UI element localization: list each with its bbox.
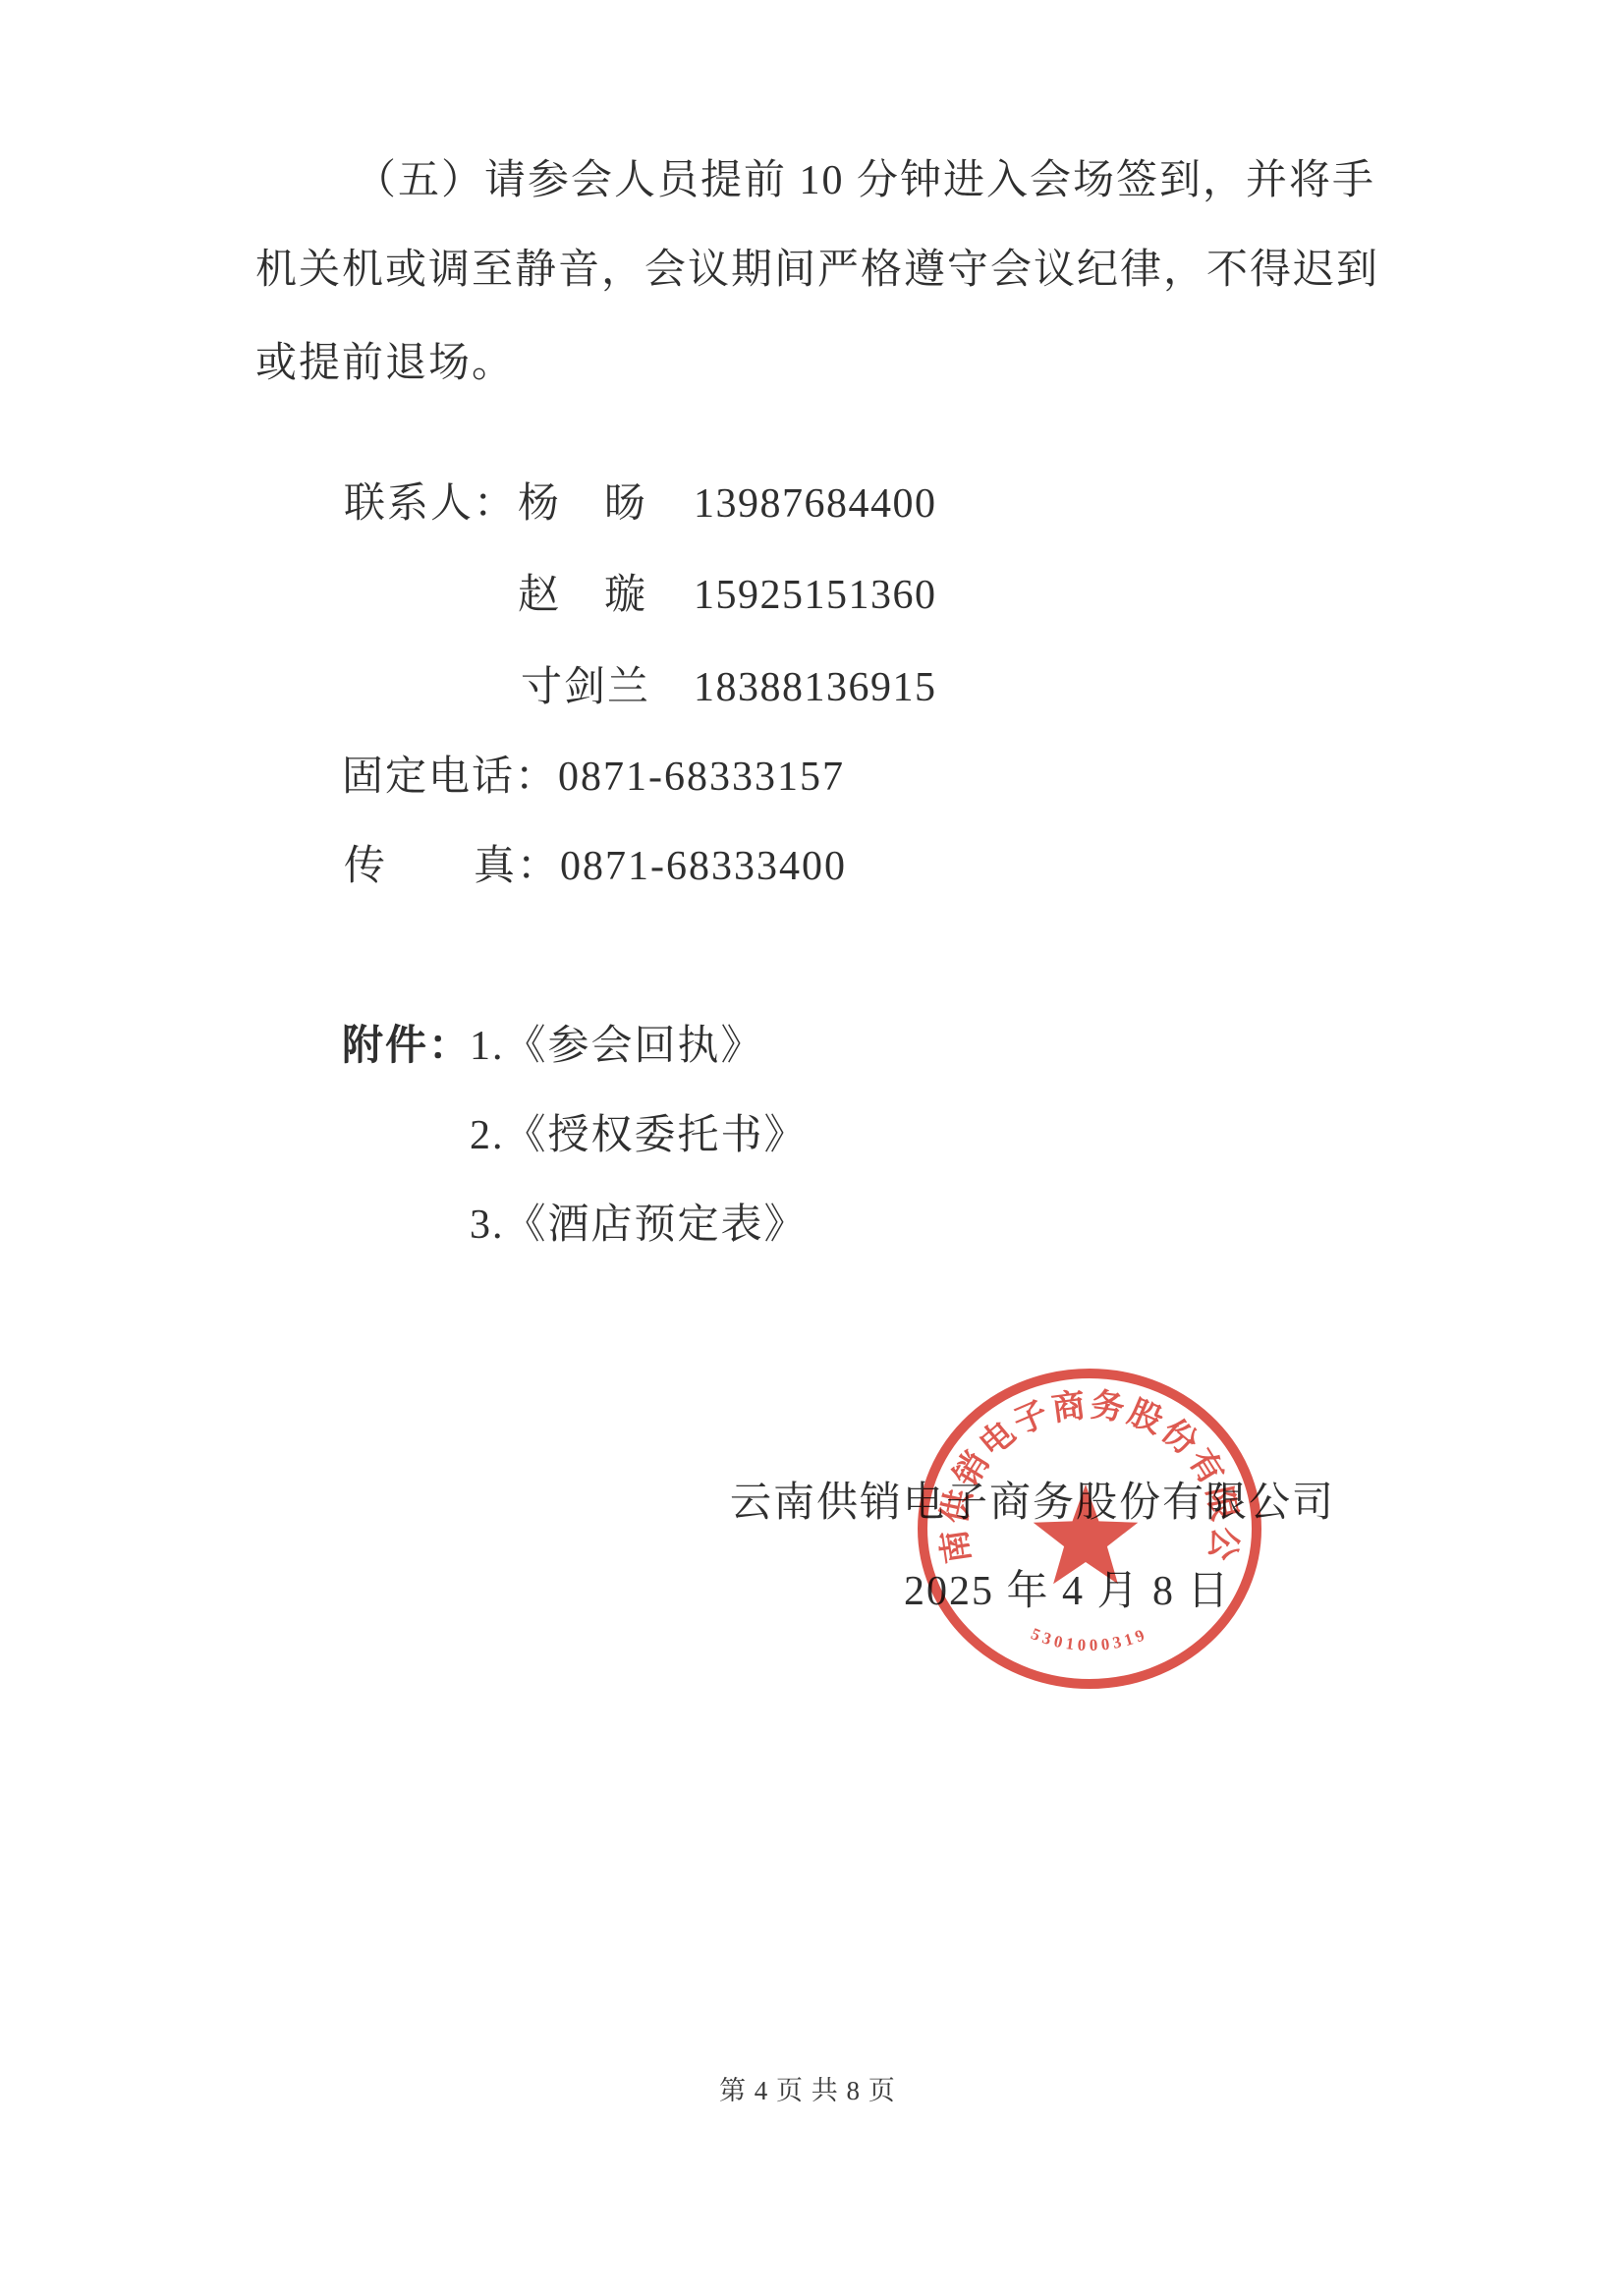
- contact-phone-3: 18388136915: [694, 664, 937, 711]
- seal-serial-number: 5301000319: [1029, 1624, 1151, 1654]
- contact-phone-2: 15925151360: [694, 572, 937, 619]
- contact-phone-1: 13987684400: [694, 480, 937, 528]
- contacts-label: 联系人：: [344, 480, 517, 528]
- seal-ring-text: 云南供销电子商务股份有限公司: [913, 1362, 1244, 1566]
- page-number: 第 4 页 共 8 页: [719, 2069, 896, 2107]
- contact-name-3: 寸剑兰: [521, 664, 650, 711]
- paragraph-line-3: 或提前退场。: [255, 340, 515, 387]
- signature-date: 2025 年 4 月 8 日: [904, 1568, 1231, 1615]
- attachment-item-1: 1.《参会回执》: [470, 1023, 764, 1070]
- signature-company: 云南供销电子商务股份有限公司: [730, 1480, 1335, 1527]
- company-seal: 云南供销电子商务股份有限公司 5301000319: [913, 1362, 1266, 1696]
- attachments-label: 附件：: [342, 1023, 472, 1070]
- document-page: （五）请参会人员提前 10 分钟进入会场签到，并将手 机关机或调至静音，会议期间…: [0, 0, 1624, 2295]
- fax-line: 传 真：0871-68333400: [344, 843, 847, 890]
- attachment-item-3: 3.《酒店预定表》: [470, 1202, 808, 1249]
- paragraph-line-1: （五）请参会人员提前 10 分钟进入会场签到，并将手: [355, 157, 1375, 204]
- paragraph-line-2: 机关机或调至静音，会议期间严格遵守会议纪律，不得迟到: [255, 247, 1379, 294]
- seal-ring: [923, 1373, 1257, 1684]
- landline-line: 固定电话：0871-68333157: [342, 754, 845, 801]
- attachment-item-2: 2.《授权委托书》: [470, 1112, 808, 1159]
- contact-name-1: 杨 旸: [518, 480, 647, 528]
- contact-name-2: 赵 璇: [518, 572, 647, 619]
